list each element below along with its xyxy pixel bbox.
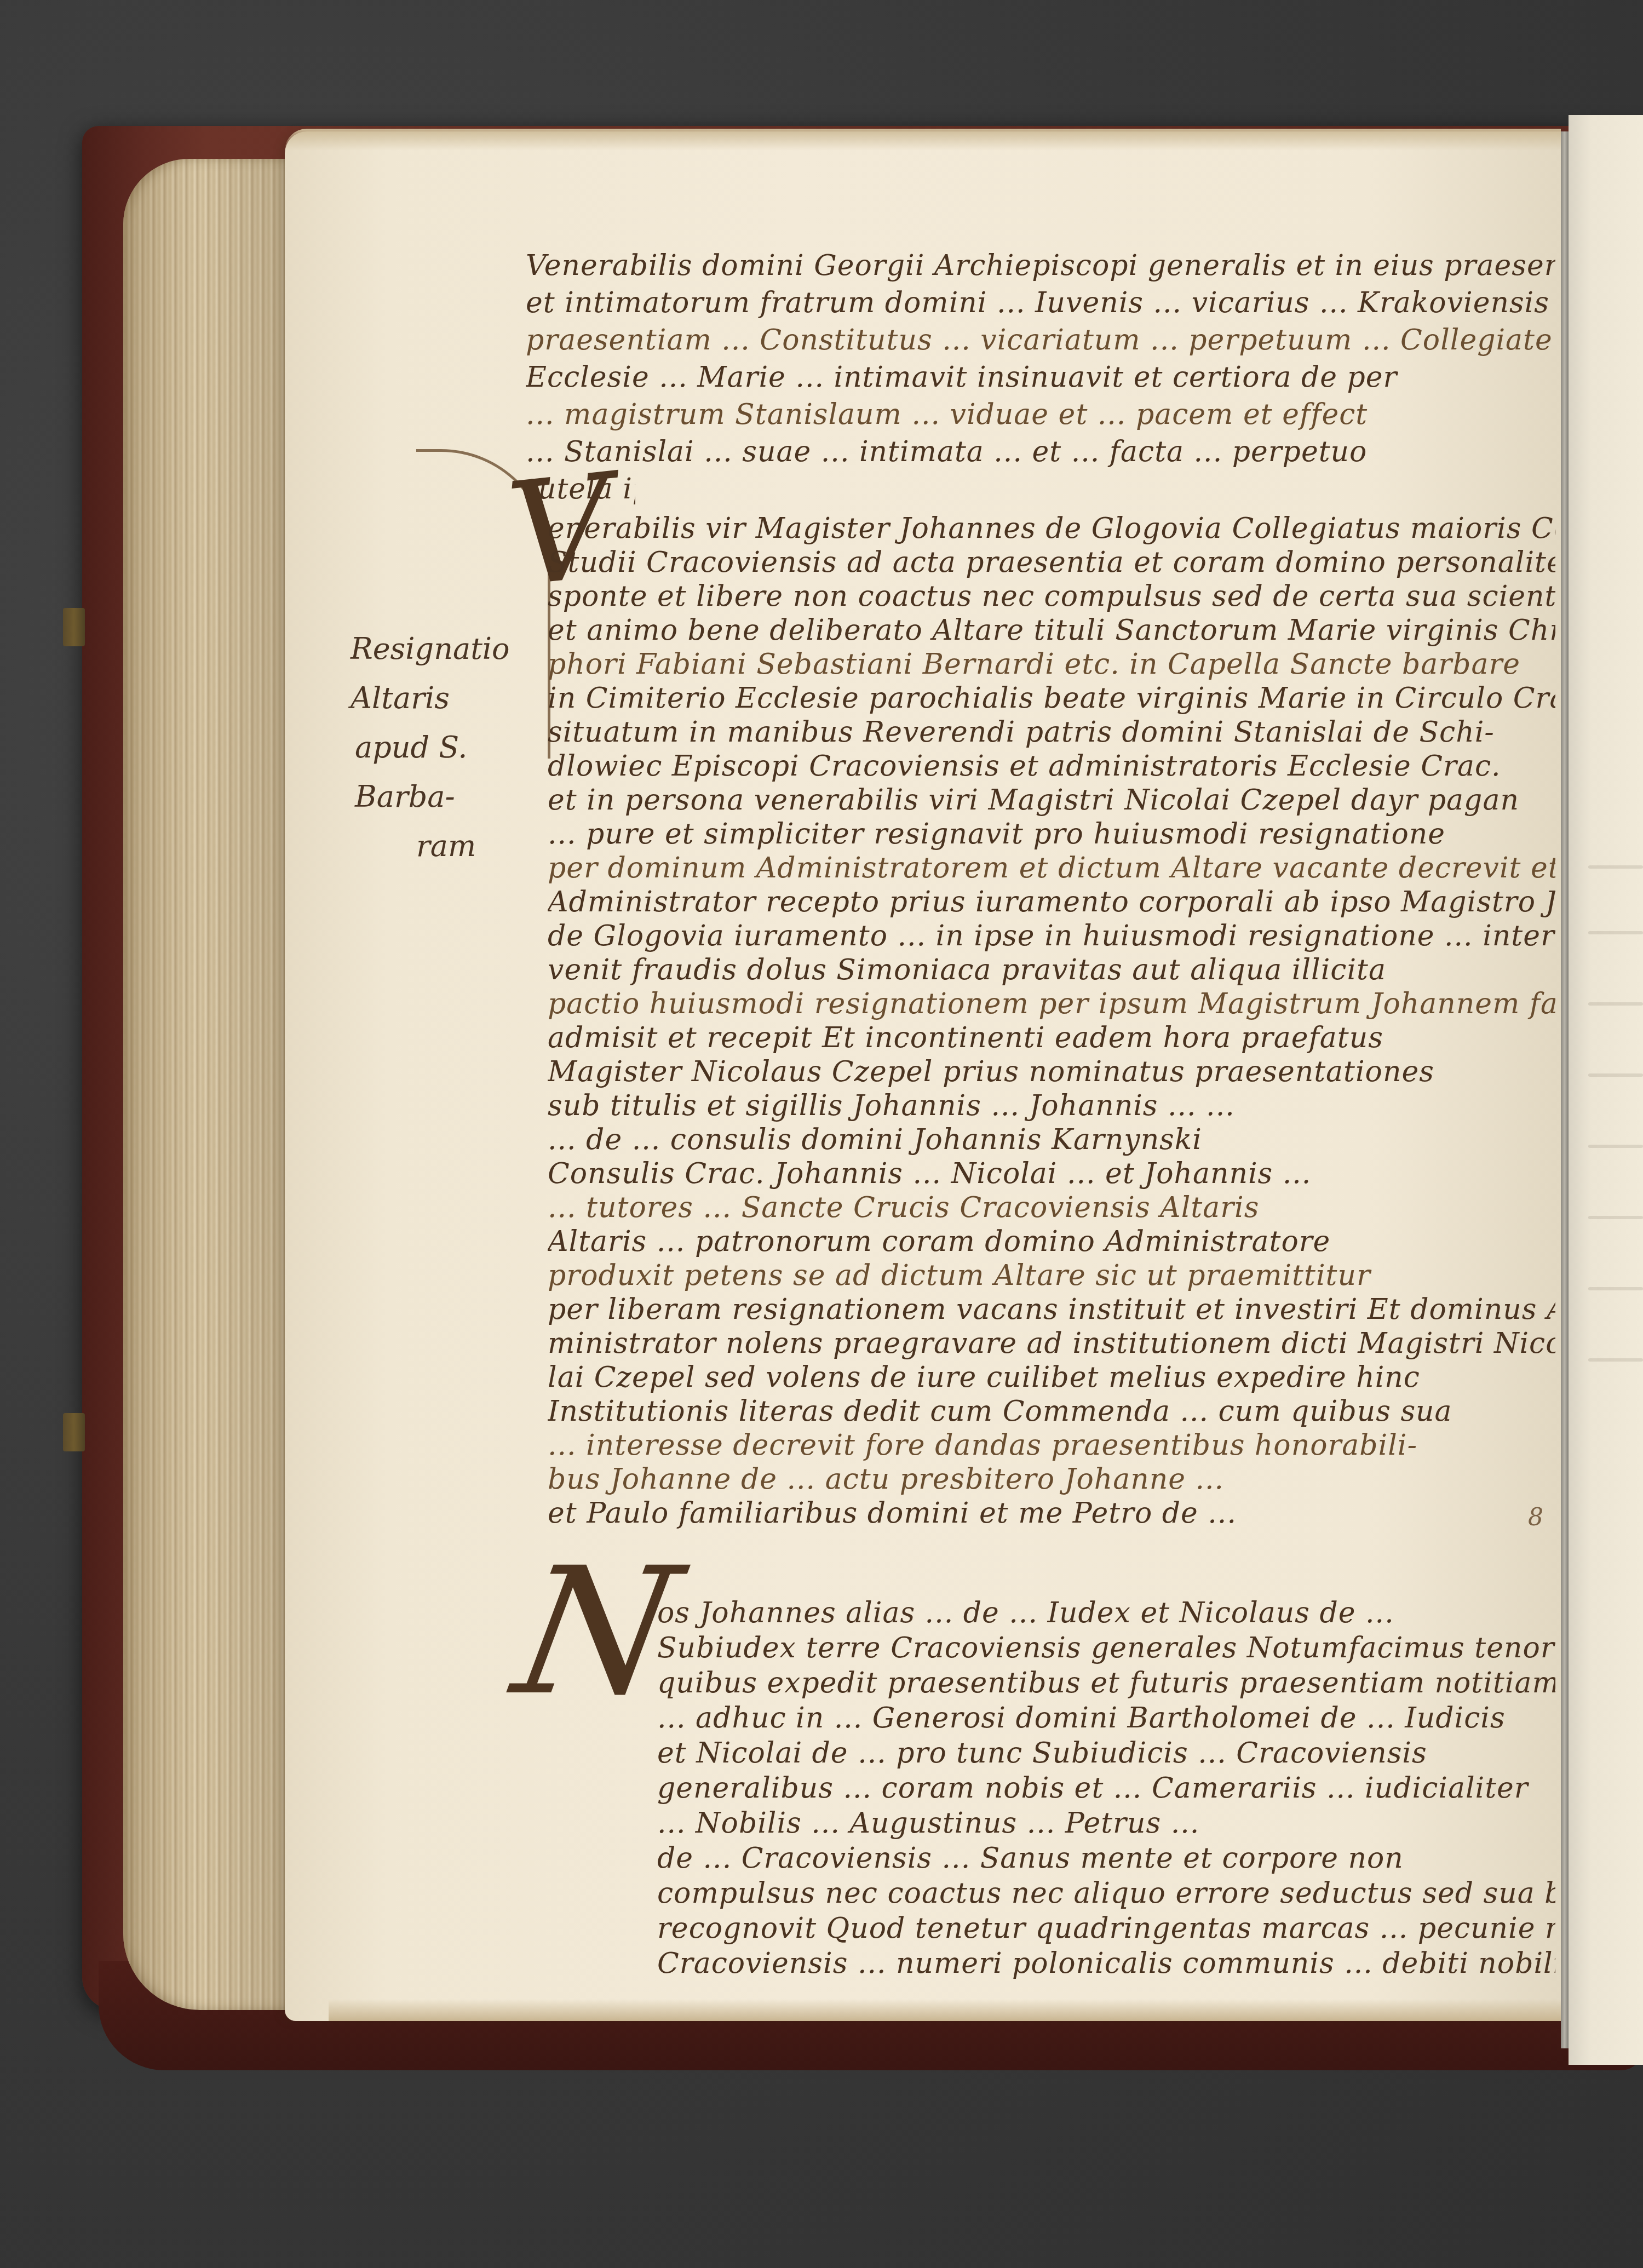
text-line: ... Stanislai ... suae ... intimata ... … [526,427,1555,476]
facing-page-bleedthrough [1588,1358,1643,1362]
entry-court-record: os Johannes alias ... de ... Iudex et Ni… [657,1588,1555,1983]
entry-resignation: enerabilis vir Magister Johannes de Glog… [548,504,1555,1534]
book-gutter [1561,131,1569,2048]
facing-page [1569,115,1643,2065]
entry-continuation: Venerabilis domini Georgii Archiepiscopi… [526,241,1555,509]
text-line: et Paulo familiaribus domini et me Petro… [548,1489,1555,1534]
facing-page-bleedthrough [1588,1145,1643,1148]
facing-page-bleedthrough [1588,1002,1643,1006]
text-line: Cracoviensis ... numeri polonicalis comm… [657,1939,1555,1983]
facing-page-bleedthrough [1588,1216,1643,1219]
facing-page-bleedthrough [1588,865,1643,869]
page-top-edge [285,129,1561,151]
fore-edge-shadow [123,159,309,2010]
margin-note-line: ram [351,822,531,871]
brass-clasp-lower [63,1413,85,1451]
folio-mark: 8 [1528,1503,1543,1531]
brass-clasp-upper [63,608,85,646]
page-bottom-edge [329,1999,1561,2021]
facing-page-bleedthrough [1588,1073,1643,1077]
facing-page-bleedthrough [1588,931,1643,934]
facing-page-bleedthrough [1588,1287,1643,1290]
